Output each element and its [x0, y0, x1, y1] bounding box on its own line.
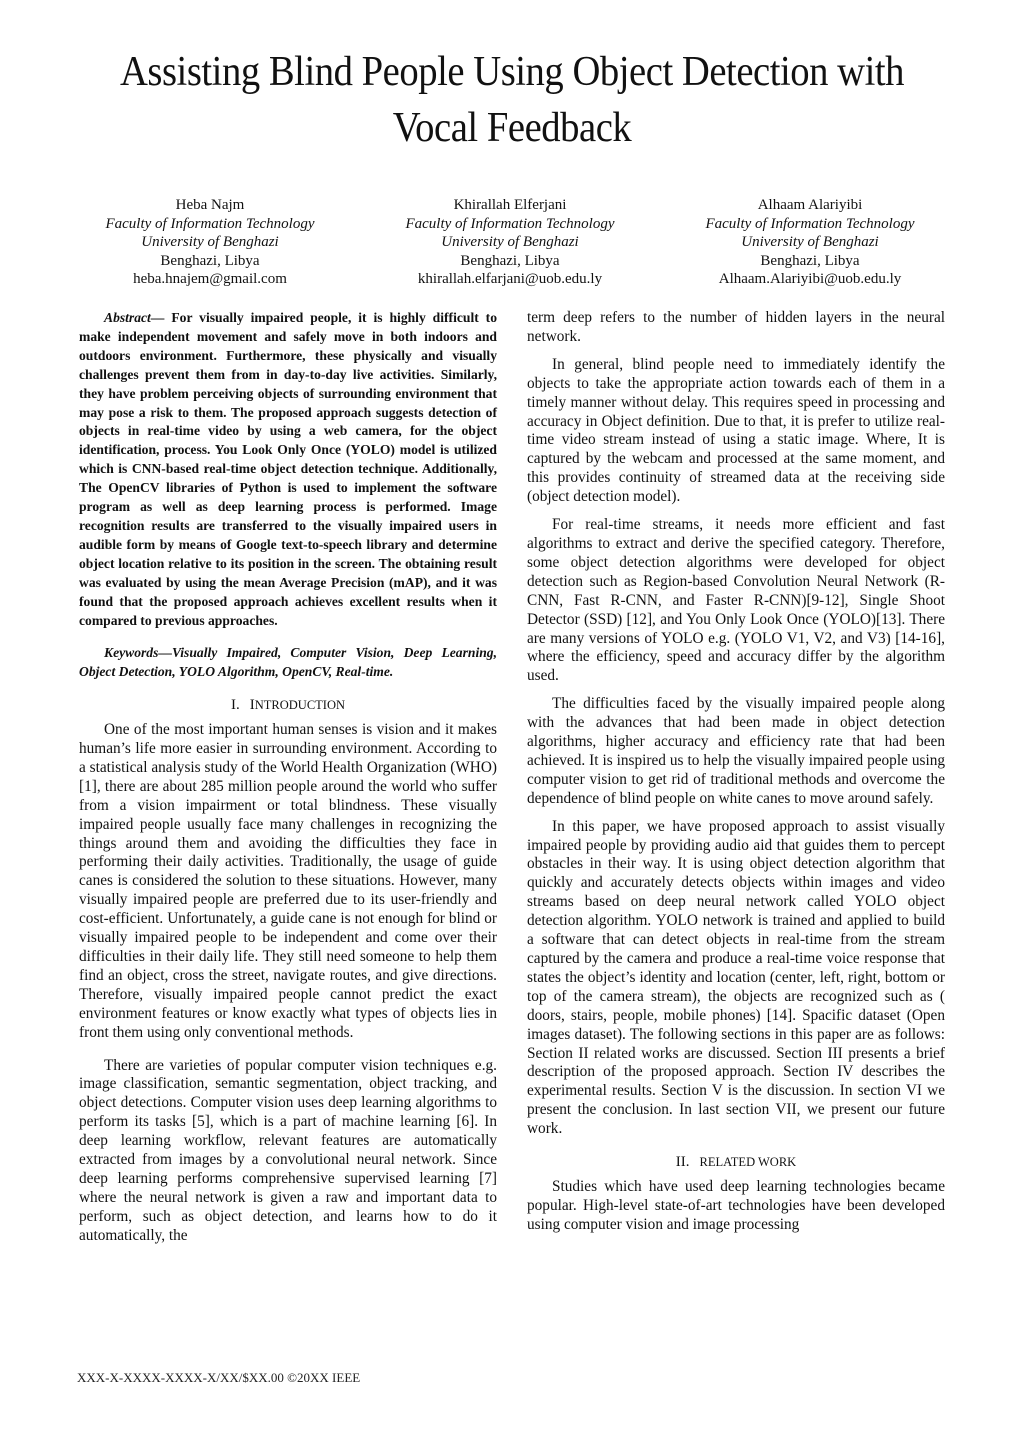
author-location: Benghazi, Libya	[360, 252, 660, 271]
section-heading-introduction: I.INTRODUCTION	[79, 696, 497, 715]
abstract-label: Abstract—	[104, 310, 164, 325]
author-faculty: Faculty of Information Technology	[60, 215, 360, 234]
author-university: University of Benghazi	[360, 233, 660, 252]
intro-paragraph-1: One of the most important human senses i…	[79, 721, 497, 1042]
abstract-text: For visually impaired people, it is high…	[79, 310, 497, 628]
author-email: khirallah.elfarjani@uob.edu.ly	[360, 270, 660, 289]
paper-page: Assisting Blind People Using Object Dete…	[0, 0, 1024, 1448]
section-number: I.	[231, 697, 240, 713]
copyright-footer: XXX-X-XXXX-XXXX-X/XX/$XX.00 ©20XX IEEE	[77, 1370, 360, 1386]
author-name: Heba Najm	[60, 196, 360, 215]
author-email: Alhaam.Alariyibi@uob.edu.ly	[660, 270, 960, 289]
left-column: Abstract— For visually impaired people, …	[79, 309, 497, 1246]
section-title-rest: NTRODUCTION	[255, 698, 345, 712]
author-location: Benghazi, Libya	[660, 252, 960, 271]
intro-paragraph-2-continued: term deep refers to the number of hidden…	[527, 309, 945, 347]
intro-paragraph-3: In general, blind people need to immedia…	[527, 356, 945, 507]
keywords: Keywords—Visually Impaired, Computer Vis…	[79, 644, 497, 682]
section-heading-related-work: II.RELATED WORK	[527, 1153, 945, 1172]
author-name: Khirallah Elferjani	[360, 196, 660, 215]
intro-paragraph-4: For real-time streams, it needs more eff…	[527, 516, 945, 686]
intro-paragraph-6: In this paper, we have proposed approach…	[527, 818, 945, 1139]
author-faculty: Faculty of Information Technology	[360, 215, 660, 234]
author-block: Heba Najm Faculty of Information Technol…	[60, 196, 960, 289]
author-2: Khirallah Elferjani Faculty of Informati…	[360, 196, 660, 289]
author-faculty: Faculty of Information Technology	[660, 215, 960, 234]
author-1: Heba Najm Faculty of Information Technol…	[60, 196, 360, 289]
section-number: II.	[676, 1154, 690, 1170]
paper-title: Assisting Blind People Using Object Dete…	[78, 44, 946, 156]
author-university: University of Benghazi	[660, 233, 960, 252]
abstract: Abstract— For visually impaired people, …	[79, 309, 497, 630]
intro-paragraph-2: There are varieties of popular computer …	[79, 1057, 497, 1246]
author-email: heba.hnajem@gmail.com	[60, 270, 360, 289]
related-paragraph-1: Studies which have used deep learning te…	[527, 1178, 945, 1235]
intro-paragraph-5: The difficulties faced by the visually i…	[527, 695, 945, 808]
keywords-label: Keywords—	[104, 645, 172, 660]
right-column: term deep refers to the number of hidden…	[527, 309, 945, 1235]
author-3: Alhaam Alariyibi Faculty of Information …	[660, 196, 960, 289]
author-name: Alhaam Alariyibi	[660, 196, 960, 215]
author-university: University of Benghazi	[60, 233, 360, 252]
author-location: Benghazi, Libya	[60, 252, 360, 271]
section-title: RELATED WORK	[700, 1155, 797, 1169]
